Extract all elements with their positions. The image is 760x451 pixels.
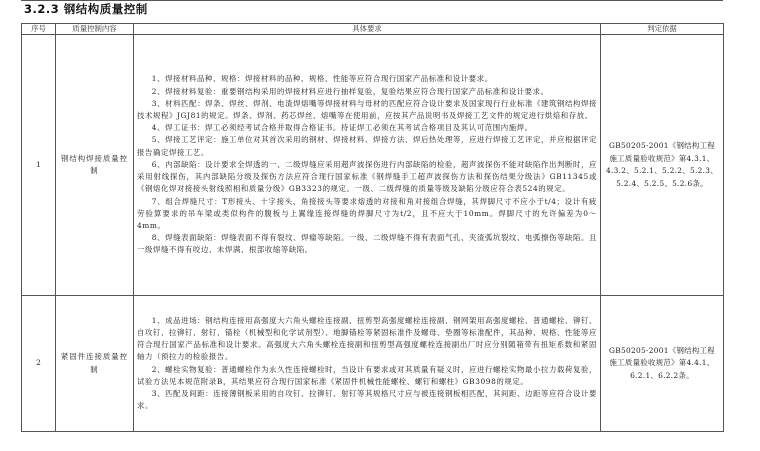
row-item-cell: 紧固件连接质量控制 (56, 296, 134, 432)
header-no: 序号 (22, 24, 56, 35)
row-item: 紧固件连接质量控制 (59, 351, 130, 376)
row-basis: GB50205-2001《钢结构工程施工质量验收规范》第4.4.1、6.2.1、… (604, 345, 720, 383)
row-basis-cell: GB50205-2001《钢结构工程施工质量验收规范》第4.3.1、4.3.2、… (601, 35, 724, 296)
requirement-paragraph: 5、焊接工艺评定：施工单位对其首次采用的钢材、焊接材料、焊接方法、焊后热处理等，… (137, 134, 597, 158)
header-requirements: 具体要求 (134, 24, 601, 35)
requirement-paragraph: 6、内部缺陷：设计要求全焊透的一、二级焊缝应采用超声波探伤进行内部缺陷的检验，超… (137, 159, 597, 196)
table-row: 1 钢结构焊接质量控制 1、焊接材料品种、规格：焊接材料的品种、规格、性能等应符… (22, 35, 724, 296)
requirement-paragraph: 1、焊接材料品种、规格：焊接材料的品种、规格、性能等应符合现行国家产品标准和设计… (137, 73, 597, 85)
header-basis: 判定依据 (601, 24, 724, 35)
quality-control-table: 序号 质量控制内容 具体要求 判定依据 1 钢结构焊接质量控制 1、焊接材料品种… (21, 23, 724, 432)
row-item-cell: 钢结构焊接质量控制 (56, 35, 134, 296)
requirement-paragraph: 8、焊缝表面缺陷：焊缝表面不得有裂纹、焊瘤等缺陷。一级、二级焊缝不得有表面气孔、… (137, 232, 597, 256)
table-row: 2 紧固件连接质量控制 1、成品进场：钢结构连接用高强度大六角头螺栓连接副、扭剪… (22, 296, 724, 432)
requirement-paragraph: 2、焊接材料复验：重要钢结构采用的焊接材料应进行抽样复验，复验结果应符合现行国家… (137, 86, 597, 98)
requirement-paragraph: 4、焊工证书：焊工必须经考试合格并取得合格证书。持证焊工必须在其考试合格项目及其… (137, 122, 597, 134)
header-item: 质量控制内容 (56, 24, 134, 35)
row-basis: GB50205-2001《钢结构工程施工质量验收规范》第4.3.1、4.3.2、… (604, 140, 720, 190)
section-title: 3.2.3 钢结构质量控制 (24, 1, 148, 17)
requirement-paragraph: 2、螺栓实物复验：普通螺栓作为永久性连接螺栓时，当设计有要求或对其质量有疑义时，… (137, 364, 597, 388)
requirement-paragraph: 3、匹配及间距：连接薄钢板采用的自攻钉、拉铆钉、射钉等其规格尺寸应与被连接钢板相… (137, 388, 597, 412)
table-header-row: 序号 质量控制内容 具体要求 判定依据 (22, 24, 724, 35)
row-basis-cell: GB50205-2001《钢结构工程施工质量验收规范》第4.4.1、6.2.1、… (601, 296, 724, 432)
requirement-paragraph: 7、组合焊缝尺寸：T形接头、十字接头、角接接头等要求熔透的对接和角对接组合焊缝，… (137, 196, 597, 233)
row-requirements: 1、成品进场：钢结构连接用高强度大六角头螺栓连接副、扭剪型高强度螺栓连接副、钢网… (134, 296, 601, 432)
row-item: 钢结构焊接质量控制 (59, 153, 130, 178)
requirement-paragraph: 1、成品进场：钢结构连接用高强度大六角头螺栓连接副、扭剪型高强度螺栓连接副、钢网… (137, 315, 597, 364)
requirement-paragraph: 3、材料匹配：焊条、焊丝、焊剂、电渣焊熔嘴等焊接材料与母材的匹配应符合设计要求及… (137, 98, 597, 122)
row-number: 1 (22, 35, 56, 296)
row-number: 2 (22, 296, 56, 432)
row-requirements: 1、焊接材料品种、规格：焊接材料的品种、规格、性能等应符合现行国家产品标准和设计… (134, 35, 601, 296)
